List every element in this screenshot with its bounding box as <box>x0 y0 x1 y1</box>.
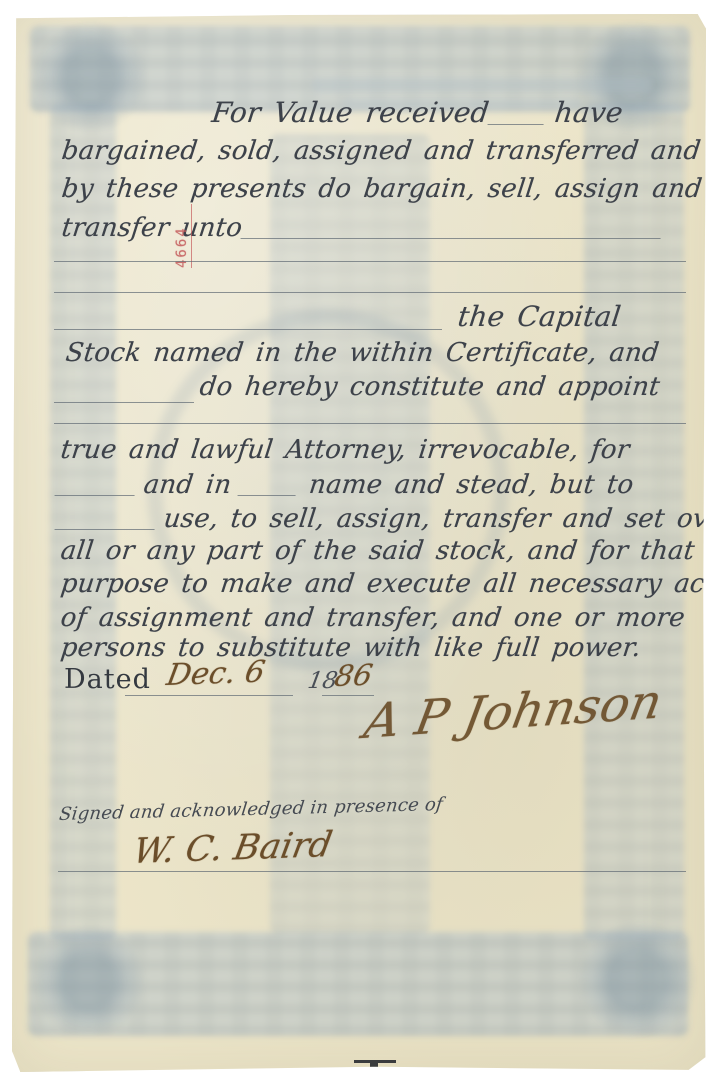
assignment-line-11: all or any part of the said stock, and f… <box>59 536 696 566</box>
certificate-paper: For Value receivedhave bargained, sold, … <box>12 14 706 1072</box>
line9-text: name and stead, but to <box>307 470 635 500</box>
fill-in-line <box>54 261 686 262</box>
fill-in-line <box>54 329 442 330</box>
assignment-line-12: purpose to make and execute all necessar… <box>59 569 720 599</box>
dated-label: Dated <box>64 664 151 695</box>
date-fill-line <box>125 695 293 696</box>
handwritten-year: 86 <box>332 658 375 693</box>
witness-fill-line <box>58 871 686 872</box>
fill-in-line <box>54 402 194 403</box>
assignment-line-6: Stock named in the within Certificate, a… <box>64 338 661 368</box>
assignment-line-7: do hereby constitute and appoint <box>198 372 662 402</box>
fill-in-line <box>238 469 299 496</box>
assignment-line-10: use, to sell, assign, transfer and set o… <box>54 503 720 534</box>
line1-text: have <box>553 96 625 129</box>
ghost-corner-rosette <box>34 926 144 1036</box>
fill-in-line <box>54 423 686 424</box>
assignment-line-8: true and lawful Attorney, irrevocable, f… <box>59 435 631 465</box>
fill-in-line <box>241 212 664 239</box>
fill-in-line <box>54 503 157 530</box>
assignment-line-9: and inname and stead, but to <box>54 469 635 500</box>
fill-in-line <box>54 469 137 496</box>
year-fill-line <box>322 695 374 696</box>
line9-text: and in <box>142 470 233 500</box>
scan-artifact-mark <box>370 1063 378 1071</box>
fill-in-line <box>54 292 686 293</box>
assignment-line-4: transfer unto <box>60 212 664 243</box>
assignment-line-5: the Capital <box>456 300 623 333</box>
ghost-corner-rosette <box>36 22 146 132</box>
assignment-line-1: For Value receivedhave <box>210 96 625 129</box>
witness-signature: W. C. Baird <box>130 825 335 872</box>
assignment-line-13: of assignment and transfer, and one or m… <box>59 603 687 633</box>
assignment-line-3: by these presents do bargain, sell, assi… <box>60 174 704 204</box>
ghost-mirrored-text-smudge <box>312 78 652 92</box>
line10-text: use, to sell, assign, transfer and set o… <box>162 504 720 534</box>
assignment-line-2: bargained, sold, assigned and transferre… <box>60 136 702 166</box>
line4-text: transfer unto <box>60 213 244 243</box>
ghost-corner-rosette <box>578 922 698 1037</box>
fill-in-line <box>487 96 547 125</box>
handwritten-date: Dec. 6 <box>164 655 268 693</box>
line1-text: For Value received <box>210 96 491 129</box>
red-number-stamp: 4664 <box>174 204 192 268</box>
